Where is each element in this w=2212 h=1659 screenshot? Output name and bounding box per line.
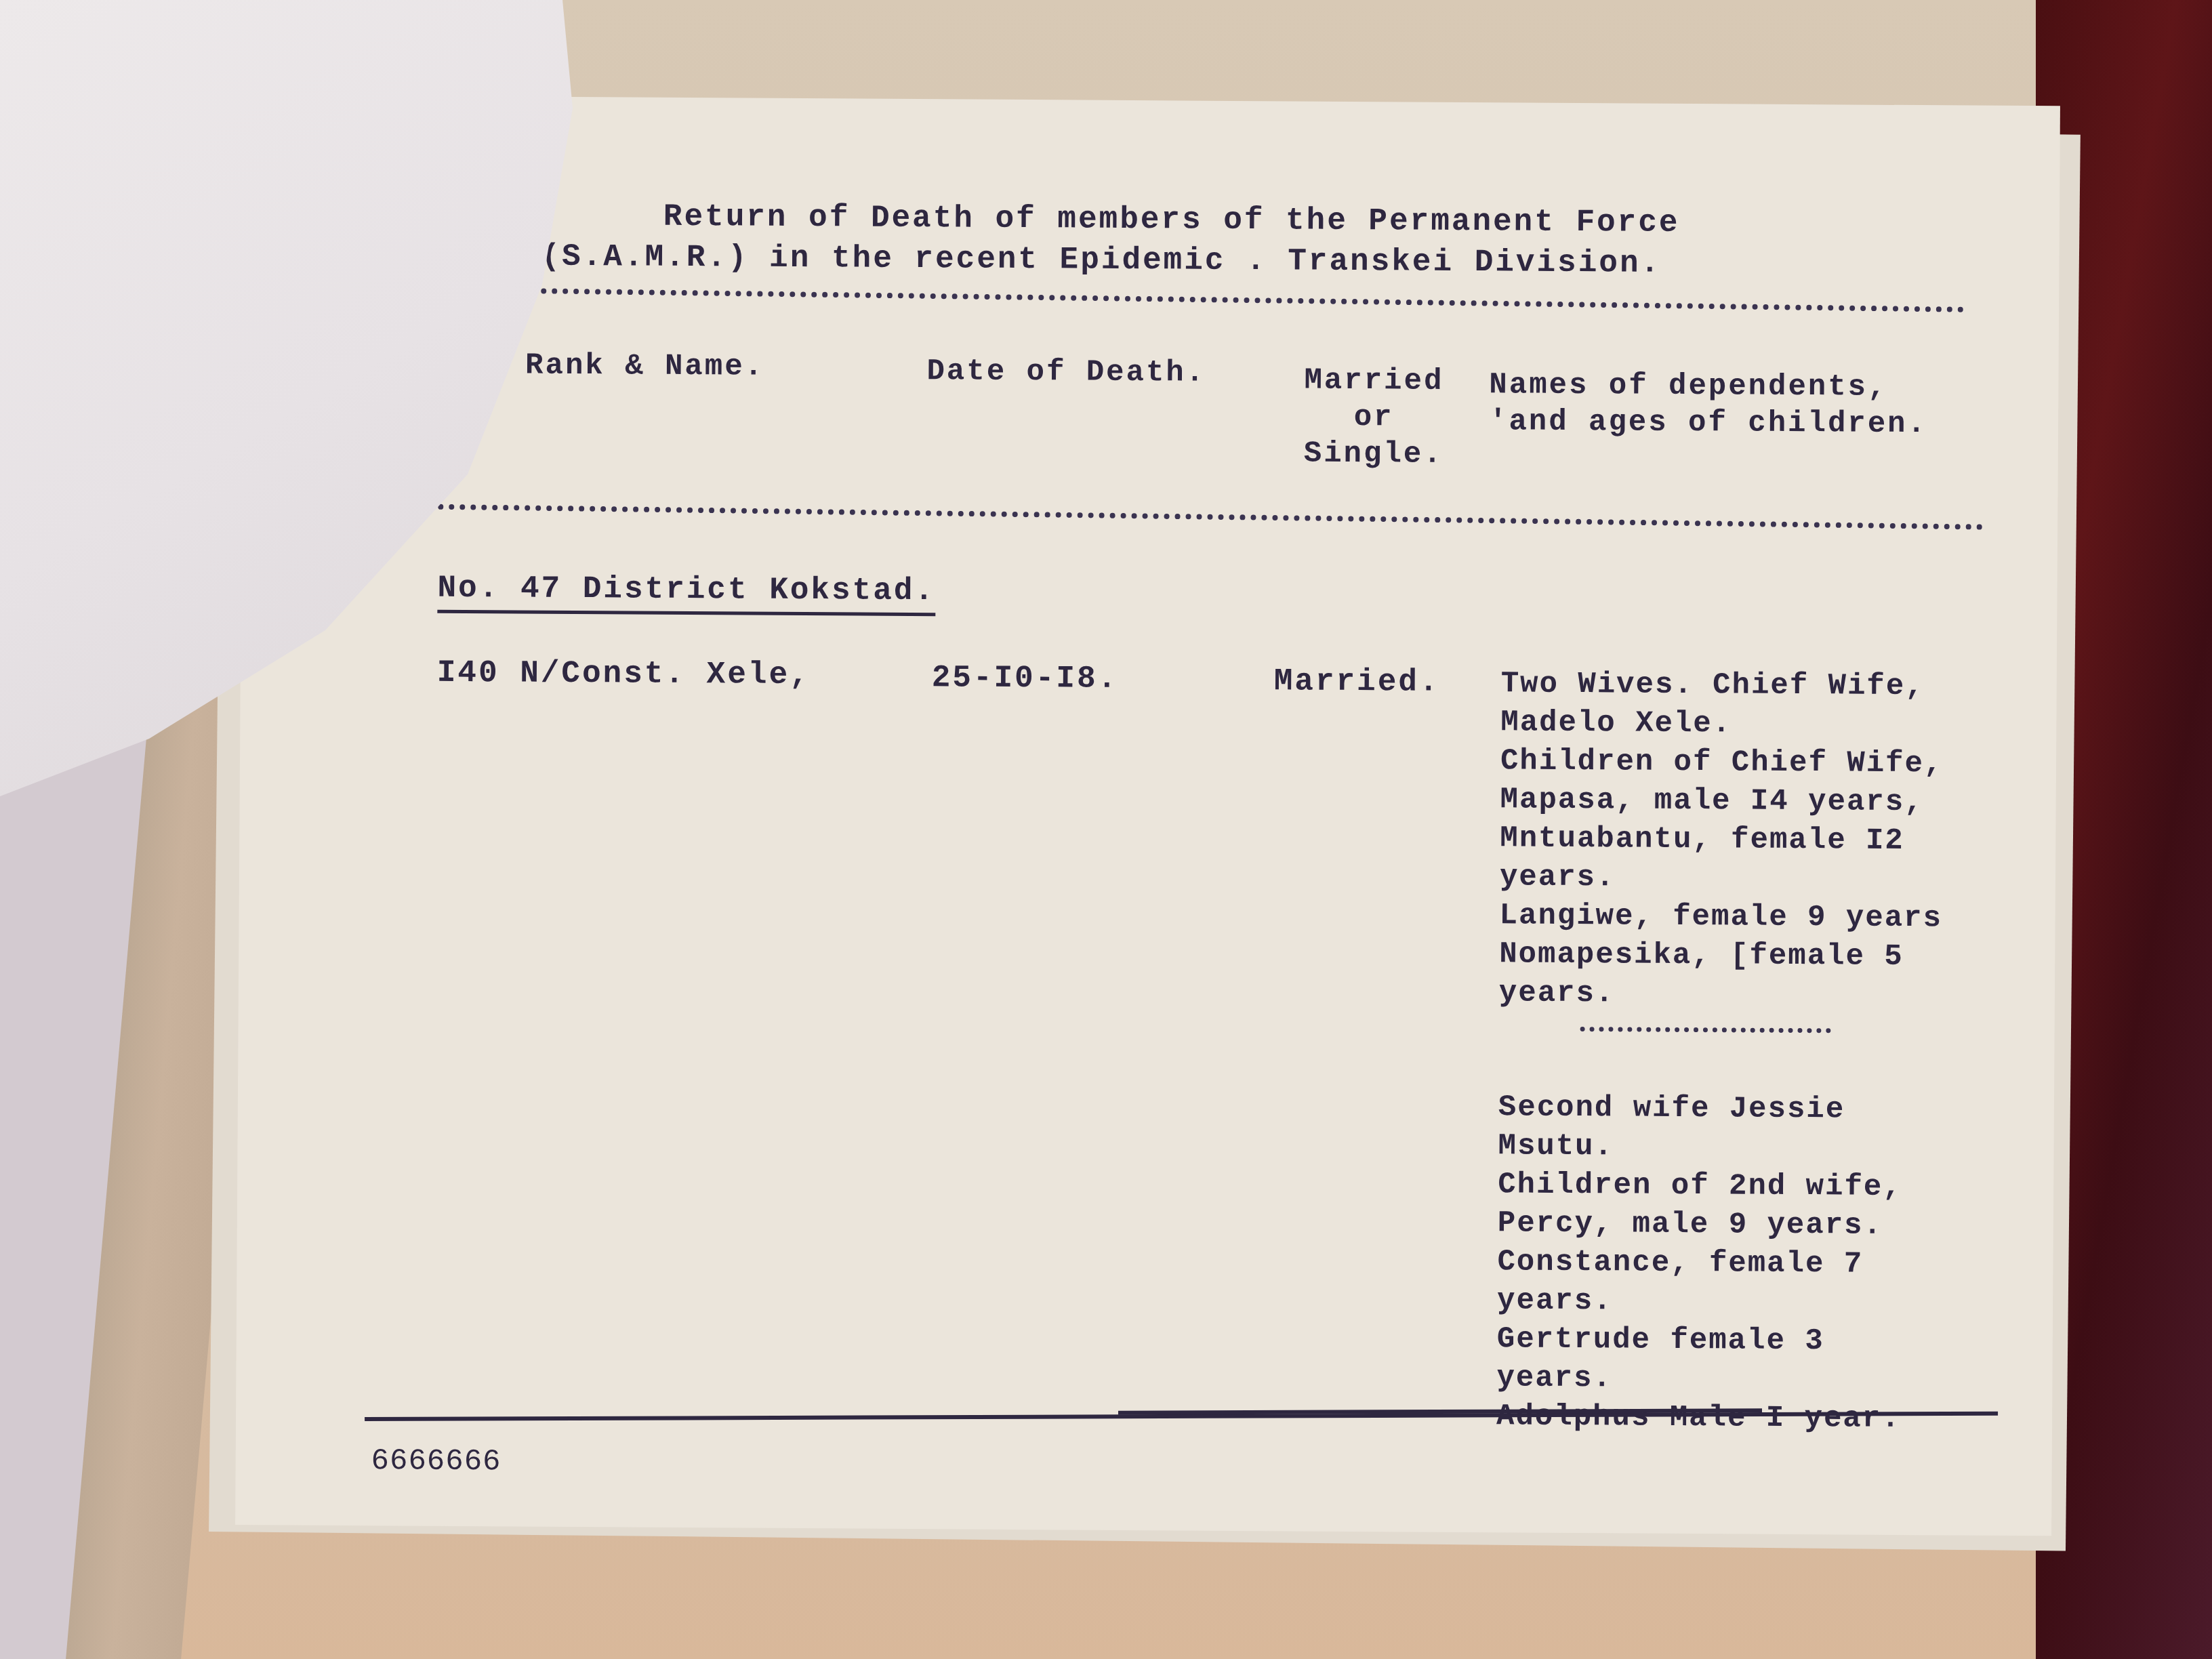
dependent-line: Children of Chief Wife,	[1500, 742, 2043, 784]
dependent-line: Two Wives. Chief Wife,	[1501, 665, 2043, 707]
entry-rank-name: I40 N/Const. Xele,	[437, 655, 811, 693]
dependent-line: Mntuabantu, female I2	[1500, 819, 2042, 861]
dependent-line: Nomapesika, [female 5	[1499, 935, 2041, 977]
column-header-married-single: Married or Single.	[1292, 362, 1456, 472]
dashed-separator	[1498, 1012, 2041, 1054]
dependent-line: Percy, male 9 years.	[1498, 1204, 2040, 1246]
dependent-line: Second wife Jessie	[1498, 1088, 2041, 1130]
dependent-line: years.	[1497, 1282, 2039, 1324]
header-line: Names of dependents,	[1489, 367, 1977, 406]
document-title-line-2: (S.A.M.R.) in the recent Epidemic . Tran…	[541, 239, 1661, 281]
header-line: Single.	[1292, 435, 1455, 472]
header-line: Married	[1292, 362, 1455, 399]
dependent-line: Children of 2nd wife,	[1498, 1166, 2040, 1208]
entry-dependents: Two Wives. Chief Wife, Madelo Xele. Chil…	[1496, 665, 2043, 1439]
dependent-line: Msutu.	[1498, 1127, 2040, 1169]
dependent-line: years.	[1499, 974, 2041, 1016]
dependent-line: Constance, female 7	[1497, 1243, 2039, 1285]
dependent-line: Langiwe, female 9 years	[1499, 897, 2041, 939]
serial-number: 6666666	[371, 1444, 501, 1479]
district-heading: No. 47 District Kokstad.	[437, 571, 935, 616]
dependent-line: Gertrude female 3	[1497, 1320, 2039, 1362]
spacer	[1498, 1051, 2041, 1092]
header-line: 'and ages of children.	[1489, 403, 1977, 443]
dependent-line: Madelo Xele.	[1500, 703, 2043, 745]
entry-marital-status: Married.	[1274, 663, 1440, 699]
column-header-dependents: Names of dependents, 'and ages of childr…	[1489, 367, 1978, 443]
dependent-line: Mapasa, male I4 years,	[1500, 781, 2043, 823]
entry-date-of-death: 25-I0-I8.	[932, 660, 1119, 697]
dependent-line: years.	[1500, 858, 2042, 900]
column-header-date-of-death: Date of Death.	[926, 353, 1206, 392]
dependent-line: years.	[1496, 1359, 2039, 1401]
dashed-divider	[438, 504, 1983, 530]
dependent-line: Adolphus Male I year.	[1496, 1397, 2039, 1439]
dashed-divider	[541, 288, 1964, 312]
document-title-line-1: Return of Death of members of the Perman…	[663, 199, 1680, 241]
header-line: or	[1292, 398, 1455, 436]
